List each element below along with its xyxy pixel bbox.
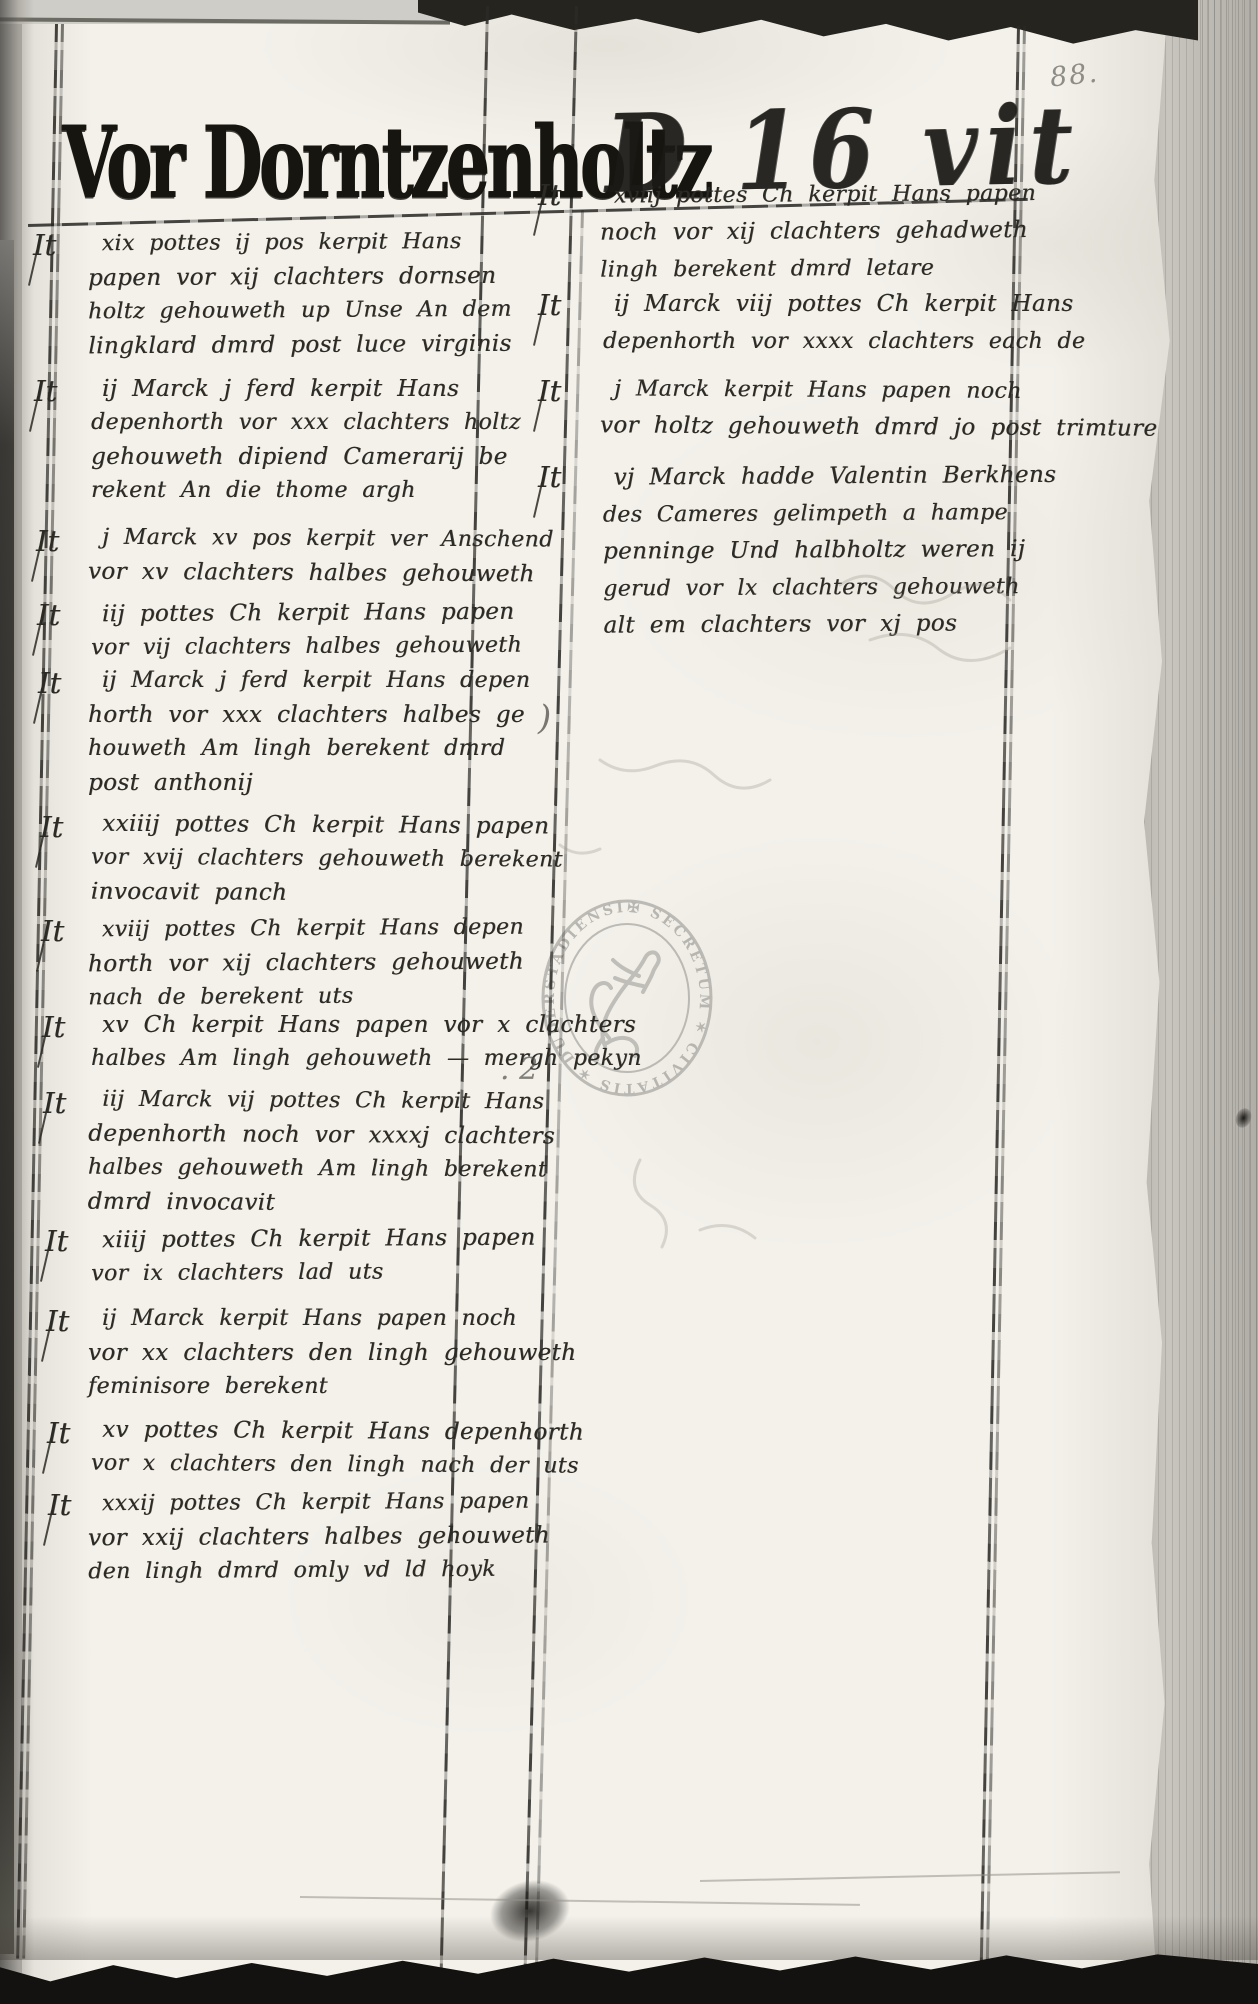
scanned-manuscript: ✠ SECRETUM ✶ CIVITATIS ✶ DUDERSTADIENSIS… xyxy=(0,0,1258,2004)
bottom-edge-shadow xyxy=(0,1916,1258,1960)
show-through-marks xyxy=(0,0,1258,2004)
